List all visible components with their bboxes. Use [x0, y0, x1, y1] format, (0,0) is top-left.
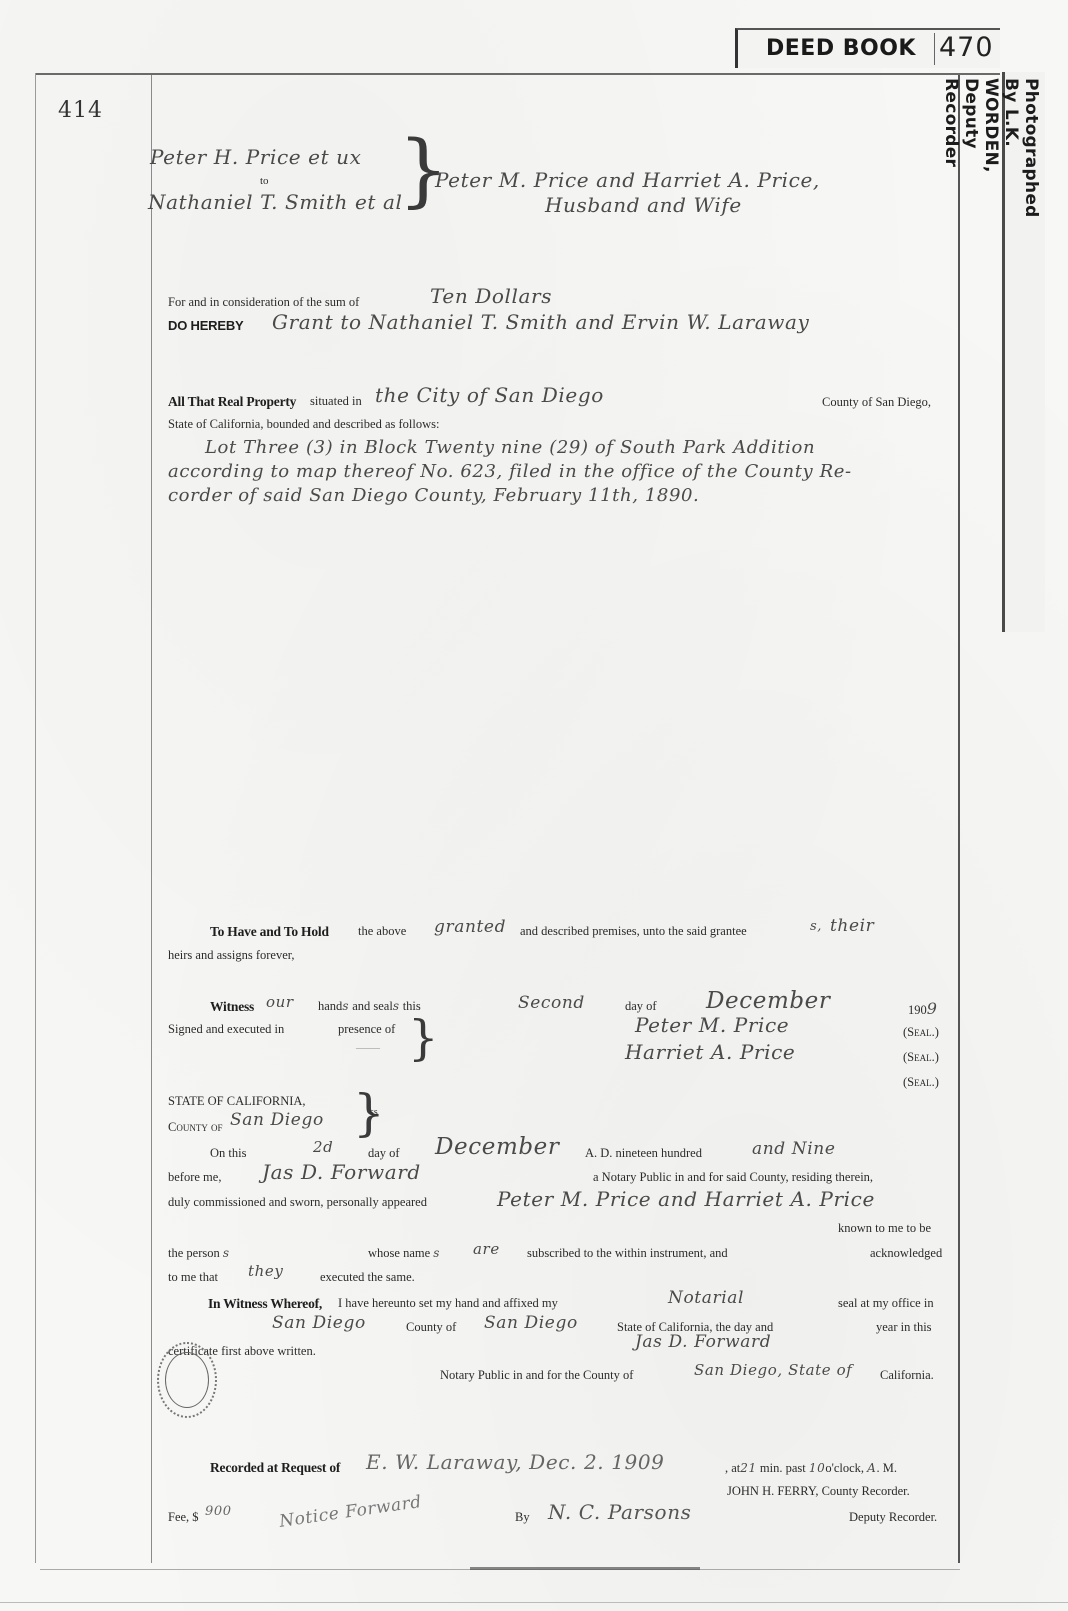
grantor-short: Peter H. Price et ux: [150, 145, 362, 169]
presence-brace: }: [408, 1014, 439, 1062]
grantor-full-line2: Husband and Wife: [545, 193, 742, 217]
oclock-text: o'clock,: [825, 1461, 864, 1475]
habendum-text3: heirs and assigns forever,: [168, 948, 295, 963]
seal-office-text: seal at my office in: [838, 1296, 934, 1311]
property-label: All That Real Property: [168, 394, 296, 410]
scan-smudge: [470, 1567, 700, 1570]
deed-book-tab: DEED BOOK 470: [735, 28, 1000, 68]
description-line-3: corder of said San Diego County, Februar…: [168, 485, 699, 506]
seal-3: (Seal.): [903, 1075, 939, 1090]
ss-label: ss: [370, 1107, 378, 1118]
consideration-label: For and in consideration of the sum of: [168, 295, 359, 310]
signature-2: Harriet A. Price: [625, 1040, 795, 1064]
grantee-short: Nathaniel T. Smith et al: [148, 190, 403, 214]
caption-to: to: [260, 175, 269, 187]
whose-name-suffix: s: [433, 1246, 440, 1260]
witness-year: 1909: [908, 999, 938, 1018]
notary-public-label: Notary Public in and for the County of: [440, 1368, 633, 1383]
to-me-that-label: to me that: [168, 1270, 218, 1285]
grantor-full-line1: Peter M. Price and Harriet A. Price,: [435, 168, 820, 192]
recorded-at-request-label: Recorded at Request of: [210, 1460, 340, 1476]
witness-our: our: [266, 993, 294, 1011]
witness-hands: hands and seals this: [318, 999, 421, 1014]
frame-left-border: [35, 73, 36, 1563]
consideration-value: Ten Dollars: [430, 284, 552, 308]
notary-seal-stamp: [157, 1342, 217, 1418]
ack-year: and Nine: [752, 1139, 836, 1159]
deed-book-number: 470: [939, 32, 994, 63]
are-value: are: [473, 1240, 500, 1258]
deed-page: DEED BOOK 470 Photographed By L.K. WORDE…: [0, 0, 1068, 1611]
deed-book-divider: [934, 33, 935, 65]
witness-label: Witness: [210, 999, 254, 1015]
seal-1: (Seal.): [903, 1025, 939, 1040]
venue-brace: }: [353, 1088, 385, 1138]
they-value: they: [248, 1262, 283, 1280]
commissioned-text: duly commissioned and sworn, personally …: [168, 1195, 427, 1210]
do-hereby-label: DO HEREBY: [168, 318, 244, 333]
presence-blank: ——: [356, 1040, 380, 1055]
county-of-label: County of: [168, 1120, 222, 1135]
county-label: County of San Diego,: [822, 395, 931, 410]
appeared-value: Peter M. Price and Harriet A. Price: [497, 1187, 875, 1211]
ack-day-of: day of: [368, 1146, 400, 1161]
year-hand: 9: [927, 999, 938, 1018]
state-of-california: STATE OF CALIFORNIA,: [168, 1094, 306, 1109]
california-text: California.: [880, 1368, 934, 1383]
whose-name-label: whose name s: [368, 1246, 440, 1261]
minutes-value: 21: [740, 1461, 756, 1475]
year-printed: 190: [908, 1003, 927, 1017]
county-recorder: JOHN H. FERRY, County Recorder.: [727, 1484, 910, 1499]
state-label: State of California, bounded and describ…: [168, 417, 439, 432]
signed-executed-label: Signed and executed in: [168, 1022, 284, 1037]
iw-year-text: year in this: [876, 1320, 932, 1335]
acknowledged-text: acknowledged: [870, 1246, 942, 1261]
at-text: , at: [725, 1461, 740, 1475]
photographer-credit: Photographed By L.K. WORDEN, Deputy Reco…: [941, 78, 1041, 218]
habendum-text1: the above: [358, 924, 406, 939]
ad-label: A. D. nineteen hundred: [585, 1146, 702, 1161]
fee-value: 900: [205, 1504, 232, 1519]
seal-text: and seal: [352, 999, 393, 1013]
notary-text: a Notary Public in and for said County, …: [593, 1170, 873, 1185]
ack-county-value: San Diego: [230, 1110, 324, 1130]
ack-month: December: [435, 1134, 559, 1160]
iw-county-label: County of: [406, 1320, 456, 1335]
before-me-label: before me,: [168, 1170, 221, 1185]
witness-day-of: day of: [625, 999, 657, 1014]
deputy-value: N. C. Parsons: [548, 1500, 692, 1524]
page-number: 414: [58, 98, 103, 123]
situated-in-label: situated in: [310, 394, 362, 409]
presence-of-label: presence of: [338, 1022, 395, 1037]
mailed-to-value: Notice Forward: [278, 1492, 423, 1532]
description-line-2: according to map thereof No. 623, filed …: [168, 461, 852, 482]
frame-top-border: [35, 73, 1000, 75]
margin-rule: [151, 75, 152, 1563]
seal-type-value: Notarial: [668, 1288, 744, 1308]
habendum-suffix: s,: [810, 919, 822, 934]
seal-2: (Seal.): [903, 1050, 939, 1065]
signature-1: Peter M. Price: [635, 1013, 789, 1037]
hands-text: hand: [318, 999, 342, 1013]
whose-name-text: whose name: [368, 1246, 430, 1260]
person-text: the person: [168, 1246, 220, 1260]
photographer-strip: Photographed By L.K. WORDEN, Deputy Reco…: [1002, 72, 1045, 632]
seal-suffix: s: [393, 999, 400, 1013]
situated-in-value: the City of San Diego: [375, 383, 604, 407]
in-witness-label: In Witness Whereof,: [208, 1296, 322, 1312]
notary-name: Jas D. Forward: [262, 1160, 421, 1184]
deed-book-label: DEED BOOK: [766, 36, 916, 61]
recording-time: , at21 min. past 10o'clock, A. M.: [725, 1461, 897, 1476]
habendum-granted: granted: [434, 917, 506, 937]
notary-county-value: San Diego, State of: [694, 1361, 852, 1379]
scan-edge: [0, 1602, 1068, 1603]
witness-month: December: [706, 988, 830, 1014]
notary-signature: Jas D. Forward: [635, 1332, 771, 1352]
fee-label: Fee, $: [168, 1510, 199, 1525]
person-suffix: s: [223, 1246, 230, 1260]
iw-county-value: San Diego: [484, 1313, 578, 1333]
requester-value: E. W. Laraway, Dec. 2. 1909: [366, 1450, 665, 1474]
frame-right-border: [958, 75, 960, 1563]
description-line-1: Lot Three (3) in Block Twenty nine (29) …: [205, 437, 815, 458]
habendum-text2: and described premises, unto the said gr…: [520, 924, 747, 939]
in-witness-text: I have hereunto set my hand and affixed …: [338, 1296, 558, 1311]
subscribed-text: subscribed to the within instrument, and: [527, 1246, 728, 1261]
habendum-their: their: [830, 916, 874, 936]
min-past-text: min. past: [760, 1461, 806, 1475]
on-this-label: On this: [210, 1146, 246, 1161]
do-hereby-value: Grant to Nathaniel T. Smith and Ervin W.…: [272, 310, 809, 334]
known-text: known to me to be: [838, 1221, 931, 1236]
m-text: . M.: [876, 1461, 897, 1475]
on-this-value: 2d: [313, 1138, 333, 1156]
person-label: the person s: [168, 1246, 230, 1261]
hands-suffix: s: [342, 999, 349, 1013]
hour-value: 10: [809, 1461, 825, 1475]
executed-text: executed the same.: [320, 1270, 415, 1285]
habendum-label: To Have and To Hold: [210, 924, 329, 940]
deputy-recorder-label: Deputy Recorder.: [849, 1510, 937, 1525]
by-label: By: [515, 1510, 530, 1525]
witness-day: Second: [518, 993, 585, 1013]
city-value: San Diego: [272, 1313, 366, 1333]
